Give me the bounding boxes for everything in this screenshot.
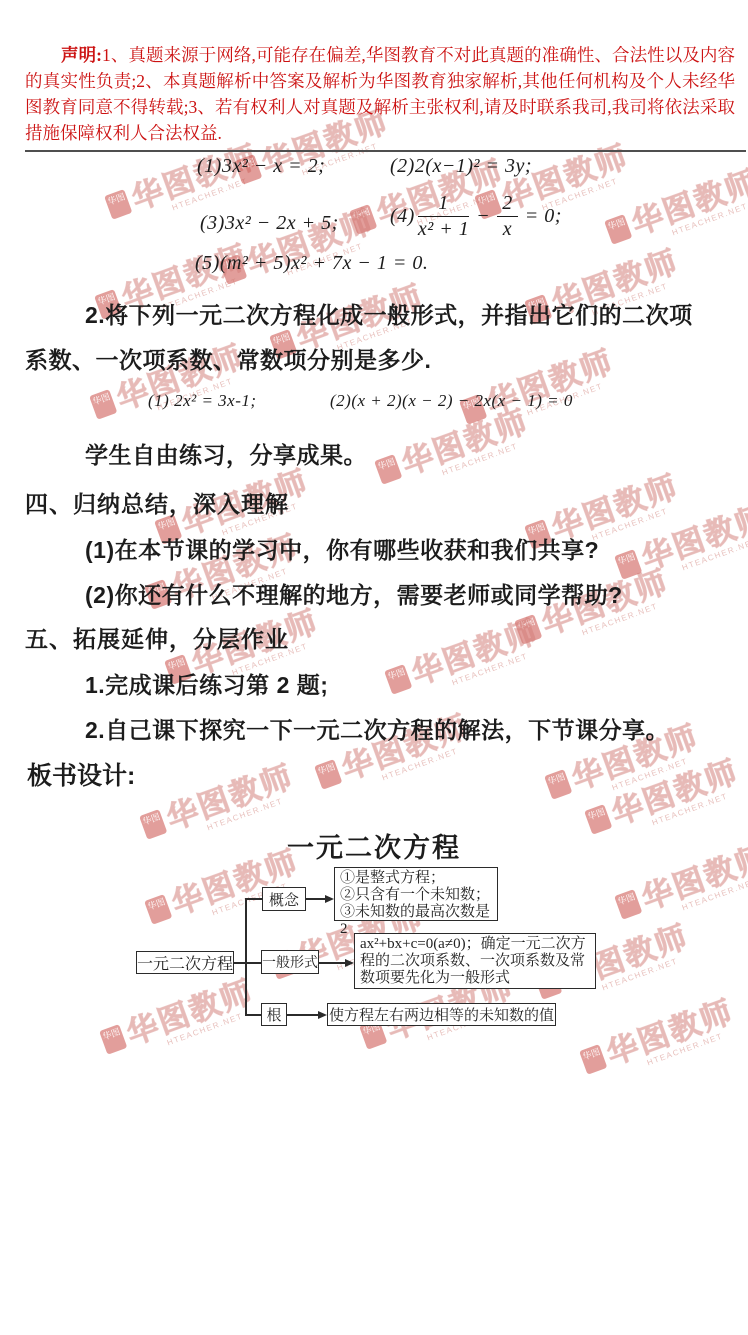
divider-line: [25, 150, 746, 152]
flowchart-root-box: 一元二次方程: [136, 951, 234, 974]
document-content: 声明:1、真题来源于网络,可能存在偏差,华图教育不对此真题的准确性、合法性以及内…: [0, 0, 748, 1335]
concept-line-2: ②只含有一个未知数；: [340, 887, 492, 904]
disclaimer-paragraph: 声明:1、真题来源于网络,可能存在偏差,华图教育不对此真题的准确性、合法性以及内…: [25, 42, 735, 146]
arrow-concept-head-icon: [325, 895, 334, 903]
exercise2-line2: 系数、一次项系数、常数项分别是多少.: [25, 342, 431, 375]
concept-line-1: ①是整式方程；: [340, 870, 492, 887]
arrow-general-head-icon: [345, 959, 354, 967]
equation-4: (4) 1 x² + 1 − 2 x = 0;: [390, 188, 562, 244]
arrow-root-head-icon: [318, 1011, 327, 1019]
flowchart-title: 一元二次方程: [0, 826, 748, 865]
equation-2: (2)2(x−1)² = 3y;: [390, 155, 532, 178]
equation-4-label: (4): [390, 205, 415, 228]
flowchart-concept-node: 概念: [262, 887, 306, 911]
disclaimer-label: 声明:: [61, 45, 102, 65]
arrow-general-line: [319, 962, 346, 964]
exercise2-formula-2: (2)(x + 2)(x − 2) − 2x(x − 1) = 0: [330, 391, 573, 411]
minus-operator: −: [476, 205, 490, 228]
equation-4-tail: = 0;: [525, 205, 562, 228]
exercise2-line1: 2.将下列一元二次方程化成一般形式，并指出它们的二次项: [85, 297, 693, 330]
equation-1: (1)3x² − x = 2;: [197, 155, 325, 178]
arrow-root-line: [287, 1014, 319, 1016]
arrow-concept-line: [306, 898, 326, 900]
connector-root-stub: [245, 1014, 262, 1016]
flowchart-concept-detail: ①是整式方程； ②只含有一个未知数； ③未知数的最高次数是2: [334, 867, 498, 921]
flowchart-rootterm-node: 根: [261, 1003, 287, 1026]
equation-3: (3)3x² − 2x + 5;: [200, 212, 339, 235]
section5-item1: 1.完成课后练习第 2 题;: [85, 667, 328, 700]
fraction-2: 2 x: [497, 192, 518, 241]
flowchart-general-node: 一般形式: [261, 950, 319, 974]
connector-concept-stub: [245, 898, 262, 900]
equation-5: (5)(m² + 5)x² + 7x − 1 = 0.: [195, 252, 428, 275]
practice-line: 学生自由练习，分享成果。: [85, 437, 367, 470]
section5-item2: 2.自己课下探究一下一元二次方程的解法，下节课分享。: [85, 712, 669, 745]
exercise2-formula-1: (1) 2x² = 3x-1;: [148, 391, 257, 411]
flowchart-root-detail: 使方程左右两边相等的未知数的值: [327, 1003, 556, 1026]
section4-question1: (1)在本节课的学习中，你有哪些收获和我们共享?: [85, 532, 599, 565]
disclaimer-text: 1、真题来源于网络,可能存在偏差,华图教育不对此真题的准确性、合法性以及内容的真…: [25, 45, 735, 143]
flowchart-general-detail: ax²+bx+c=0(a≠0)；确定一元二次方程的二次项系数、一次项系数及常数项…: [354, 933, 596, 989]
connector-vertical: [245, 898, 247, 1015]
fraction-1: 1 x² + 1: [418, 192, 469, 241]
board-design-label: 板书设计:: [27, 756, 135, 792]
document-page: 华图 华图教师 HTEACHER.NET 华图 华图教师 HTEACHER.NE…: [0, 0, 748, 1335]
section4-question2: (2)你还有什么不理解的地方，需要老师或同学帮助?: [85, 577, 623, 610]
section4-heading: 四、归纳总结，深入理解: [25, 486, 289, 519]
section5-heading: 五、拓展延伸，分层作业: [25, 621, 289, 654]
connector-general-stub: [245, 962, 262, 964]
